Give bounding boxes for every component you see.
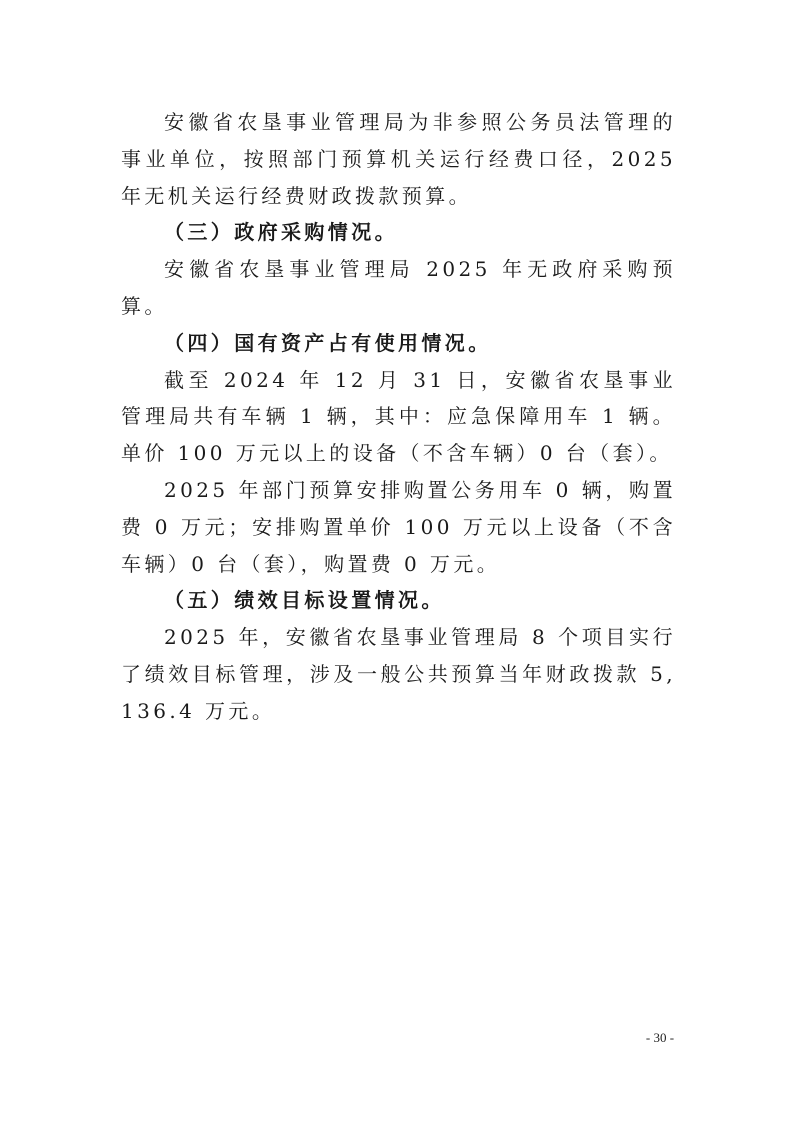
paragraph-government-procurement: 安徽省农垦事业管理局 2025 年无政府采购预算。: [121, 251, 676, 325]
document-page: 安徽省农垦事业管理局为非参照公务员法管理的事业单位，按照部门预算机关运行经费口径…: [0, 0, 794, 1123]
page-number: - 30 -: [640, 1030, 680, 1046]
paragraph-state-assets-vehicles: 截至 2024 年 12 月 31 日，安徽省农垦事业管理局共有车辆 1 辆，其…: [121, 362, 676, 472]
paragraph-performance-targets: 2025 年，安徽省农垦事业管理局 8 个项目实行了绩效目标管理，涉及一般公共预…: [121, 619, 676, 729]
document-body: 安徽省农垦事业管理局为非参照公务员法管理的事业单位，按照部门预算机关运行经费口径…: [121, 104, 676, 730]
paragraph-state-assets-purchase: 2025 年部门预算安排购置公务用车 0 辆，购置费 0 万元；安排购置单价 1…: [121, 472, 676, 582]
heading-state-assets: （四）国有资产占有使用情况。: [121, 325, 676, 362]
heading-performance-targets: （五）绩效目标设置情况。: [121, 582, 676, 619]
heading-government-procurement: （三）政府采购情况。: [121, 214, 676, 251]
paragraph-operating-expenses: 安徽省农垦事业管理局为非参照公务员法管理的事业单位，按照部门预算机关运行经费口径…: [121, 104, 676, 214]
